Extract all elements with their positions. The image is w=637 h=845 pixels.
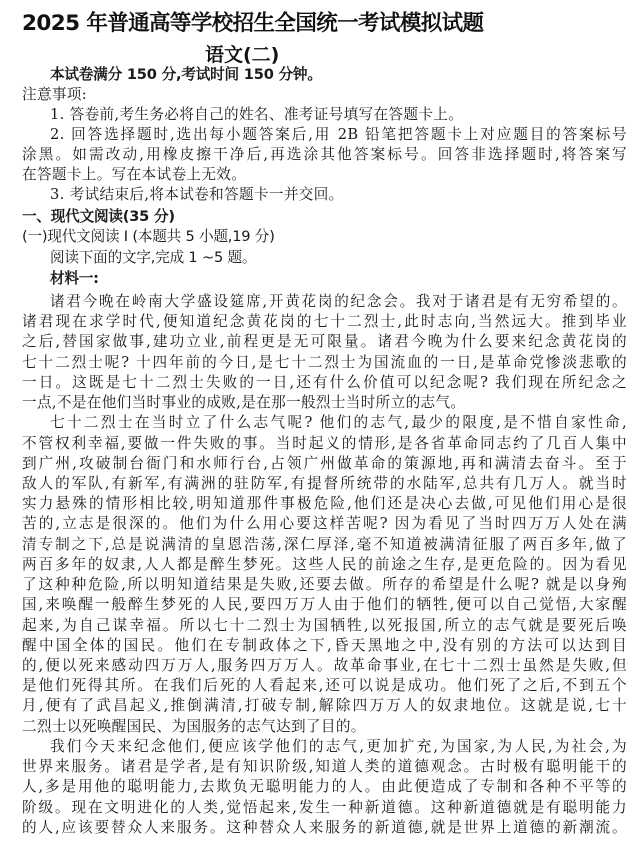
notice-item: 3. 考试结束后,将本试卷和答题卡一并交回。 [50,185,627,205]
passage-line: 月,便有了武昌起义,推倒满清,打破专制,解除四万万人的奴隶地位。这就是说,七十 [22,696,627,716]
exam-page: 2025 年普通高等学校招生全国统一考试模拟试题 语文(二) 本试卷满分 150… [0,0,637,845]
passage-line: 清专制之下,总是说满清的皇恩浩荡,深仁厚泽,毫不知道被满清征服了两百多年,做了 [22,535,627,555]
passage-line: 之后,替国家做事,建功立业,前程更是无可限量。诸君今晚为什么要来纪念黄花岗的 [22,332,627,352]
passage-line: 我们今天来纪念他们,便应该学他们的志气,更加扩充,为国家,为人民,为社会,为 [50,737,627,757]
passage-line: 诸君今晚在岭南大学盛设筵席,开黄花岗的纪念会。我对于诸君是有无穷希望的。 [50,292,627,312]
section-subheading: (一)现代文阅读 I (本题共 5 小题,19 分) [22,226,627,248]
exam-subtitle: 语文(二) [205,40,279,67]
section-heading: 一、现代文阅读(35 分) [22,206,627,228]
reading-instruction: 阅读下面的文字,完成 1 ~5 题。 [50,247,627,269]
passage-line: 了这种种危险,所以明知道结果是失败,还要去做。所存的希望是什么呢? 就是以身殉 [22,575,627,595]
notice-item: 1. 答卷前,考生务必将自己的姓名、准考证号填写在答题卡上。 [50,105,627,125]
notice-heading: 注意事项: [22,84,627,106]
passage-line: 醒中国全体的国民。他们在专制政体之下,昏天黑地之中,没有别的方法可以达到目 [22,636,627,656]
notice-item: 在答题卡上。写在本试卷上无效。 [22,165,627,185]
passage-line: 两百多年的奴隶,人人都是醉生梦死。这些人民的前途之生存,是更危险的。因为看见 [22,555,627,575]
passage-line: 的,便以死来感动四万万人,服务四万万人。故革命事业,在七十二烈士虽然是失败,但 [22,656,627,676]
passage-line: 人,多是用他的聪明能力,去欺负无聪明能力的人。由此便造成了专制和各种不平等的 [22,777,627,797]
passage-line: 诸君现在求学时代,便知道纪念黄花岗的七十二烈士,此时志向,当然远大。推到毕业 [22,312,627,332]
material-label: 材料一: [50,268,627,290]
passage-line: 是他们死得其所。在我们后死的人看起来,还可以说是成功。他们死了之后,不到五个 [22,676,627,696]
passage-line: 实力悬殊的情形相比较,明知道那件事极危险,他们还是决心去做,可见他们用心是很 [22,494,627,514]
passage-line: 到广州,攻破制台衙门和水师行台,占领广州做革命的策源地,再和满清去奋斗。至于 [22,454,627,474]
passage-line: 一点,不是在他们当时事业的成败,是在那一般烈士当时所立的志气。 [22,393,627,413]
passage-line: 起来,为自己谋幸福。所以七十二烈士为国牺牲,以死报国,所立的志气就是要死后唤 [22,616,627,636]
passage-line: 一日。这既是七十二烈士失败的一日,还有什么价值可以纪念呢? 我们现在所纪念之 [22,373,627,393]
passage-line: 二烈士以死唤醒国民、为国服务的志气达到了目的。 [22,717,627,737]
passage-line: 世界来服务。诸君是学者,是有知识阶级,知道人类的道德观念。古时极有聪明能干的 [22,757,627,777]
passage-line: 七十二烈士呢? 十四年前的今日,是七十二烈士为国流血的一日,是革命党惨淡悲歌的 [22,353,627,373]
passage-line: 敌人的军队,有新军,有满洲的驻防军,有提督所统带的水陆军,总共有几万人。就当时 [22,474,627,494]
passage-line: 的人,应该要替众人来服务。这种替众人来服务的新道德,就是世界上道德的新潮流。 [22,818,627,838]
passage-line: 阶级。现在文明进化的人类,觉悟起来,发生一种新道德。这种新道德就是有聪明能力 [22,798,627,818]
passage-line: 国,来唤醒一般醉生梦死的人民,要四万万人由于他们的牺牲,便可以自己觉悟,大家醒 [22,595,627,615]
passage-line: 不管权利幸福,要做一件失败的事。当时起义的情形,是各省革命同志约了几百人集中 [22,434,627,454]
passage-line: 苦的,立志是很深的。他们为什么用心要这样苦呢? 因为看见了当时四万万人处在满 [22,514,627,534]
notice-item: 涂黑。如需改动,用橡皮擦干净后,再选涂其他答案标号。回答非选择题时,将答案写 [22,145,627,165]
exam-title: 2025 年普通高等学校招生全国统一考试模拟试题 [22,6,483,37]
score-info: 本试卷满分 150 分,考试时间 150 分钟。 [50,64,627,86]
passage-line: 七十二烈士在当时立了什么志气呢? 他们的志气,最少的限度,是不惜自家性命, [50,413,627,433]
notice-item: 2. 回答选择题时,选出每小题答案后,用 2B 铅笔把答题卡上对应题目的答案标号 [50,125,627,145]
